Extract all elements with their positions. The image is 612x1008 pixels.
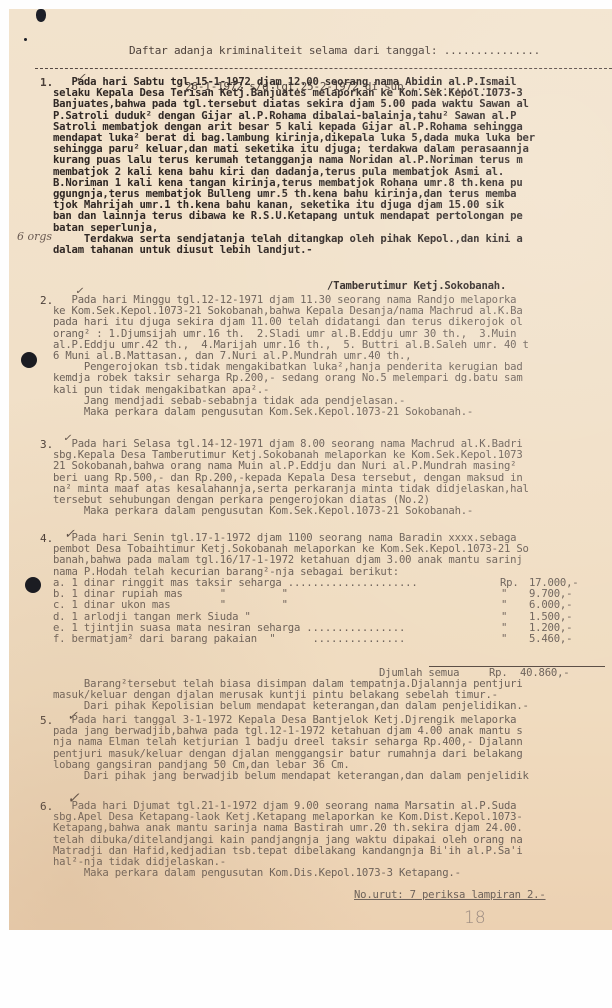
- text-line: Dari pihak Kepolisian belum mendapat ket…: [53, 701, 529, 712]
- text-line: Dari pihak jang berwadjib belum mendapat…: [53, 771, 529, 782]
- item-amount: 5.460,-: [529, 634, 572, 645]
- total-amount: 40.860,-: [520, 668, 569, 679]
- text-line: Maka perkara dalam pengusutan Kom.Sek.Ke…: [53, 407, 529, 418]
- punch-hole-upper: [21, 352, 37, 368]
- text-line: Maka perkara dalam pengusutan Kom.Sek.Ke…: [53, 506, 529, 517]
- item-amount: 6.000,-: [529, 600, 572, 611]
- entry-6-body: Pada hari Djumat tgl.21-1-1972 djam 9.00…: [53, 801, 523, 879]
- margin-note: 6 orgs: [17, 230, 52, 243]
- entry-4-body: Pada hari Senin tgl.17-1-1972 djam 1100 …: [53, 533, 529, 578]
- text-line: nja nama Elman telah ketjurian 1 badju d…: [53, 737, 529, 748]
- text-line: 21 Sokobanah,bahwa orang nama Muin al.P.…: [53, 461, 529, 472]
- entry-2-body: Pada hari Minggu tgl.12-12-1971 djam 11.…: [53, 295, 529, 418]
- text-line: kurang puas lalu terus kerumah tetanggan…: [53, 155, 535, 166]
- text-line: pada hari itu djuga sekira djam 11.00 te…: [53, 317, 529, 328]
- entry-1-number: 1.: [40, 76, 53, 89]
- text-line: Maka perkara dalam pengusutan Kom.Dis.Ke…: [53, 868, 523, 879]
- ink-blot: [36, 9, 46, 22]
- entry-5-body: Pada hari tanggal 3-1-1972 Kepala Desa B…: [53, 715, 529, 782]
- text-line: kemdja robek taksir seharga Rp.200,- sed…: [53, 373, 529, 384]
- entry-6-number: 6.: [40, 800, 53, 813]
- entry-2-location-heading: /Tamberutimur Ketj.Sokobanah.: [327, 281, 506, 292]
- item-currency: ": [501, 600, 507, 611]
- text-line: dalam tahanan untuk diusut lebih landjut…: [53, 245, 535, 256]
- text-line: Banjuates,bahwa pada tgl.tersebut diatas…: [53, 99, 535, 110]
- header-line-1: Daftar adanja kriminaliteit selama dari …: [129, 45, 540, 57]
- entry-3-number: 3.: [40, 438, 53, 451]
- footer-note: No.urut: 7 periksa lampiran 2.-: [354, 890, 546, 901]
- entry-4-followup: Barang²tersebut telah biasa disimpan dal…: [53, 679, 529, 713]
- text-line: Ketapang,bahwa anak mantu sarinja nama B…: [53, 823, 523, 834]
- item-currency: ": [501, 634, 507, 645]
- header-divider: [35, 68, 612, 69]
- text-line: ban dan lainnja terus dibawa ke R.S.U.Ke…: [53, 211, 535, 222]
- entry-5-number: 5.: [40, 714, 53, 727]
- item-label: c. 1 dinar ukon mas " ": [53, 600, 288, 611]
- entry-4-number: 4.: [40, 532, 53, 545]
- text-line: banah,bahwa pada malam tgl.16/17-1-1972 …: [53, 555, 529, 566]
- entry-3-body: Pada hari Selasa tgl.14-12-1971 djam 8.0…: [53, 439, 529, 517]
- page-number: 18: [464, 908, 486, 928]
- document-page: Daftar adanja kriminaliteit selama dari …: [9, 9, 612, 930]
- entry-1-body: Pada hari Sabtu tgl.15-1-1972 djam 12.00…: [53, 77, 535, 256]
- ink-dot: [24, 38, 27, 41]
- punch-hole-lower: [25, 577, 41, 593]
- item-label: f. bermatjam² dari barang pakaian " ....…: [53, 634, 405, 645]
- entry-2-number: 2.: [40, 294, 53, 307]
